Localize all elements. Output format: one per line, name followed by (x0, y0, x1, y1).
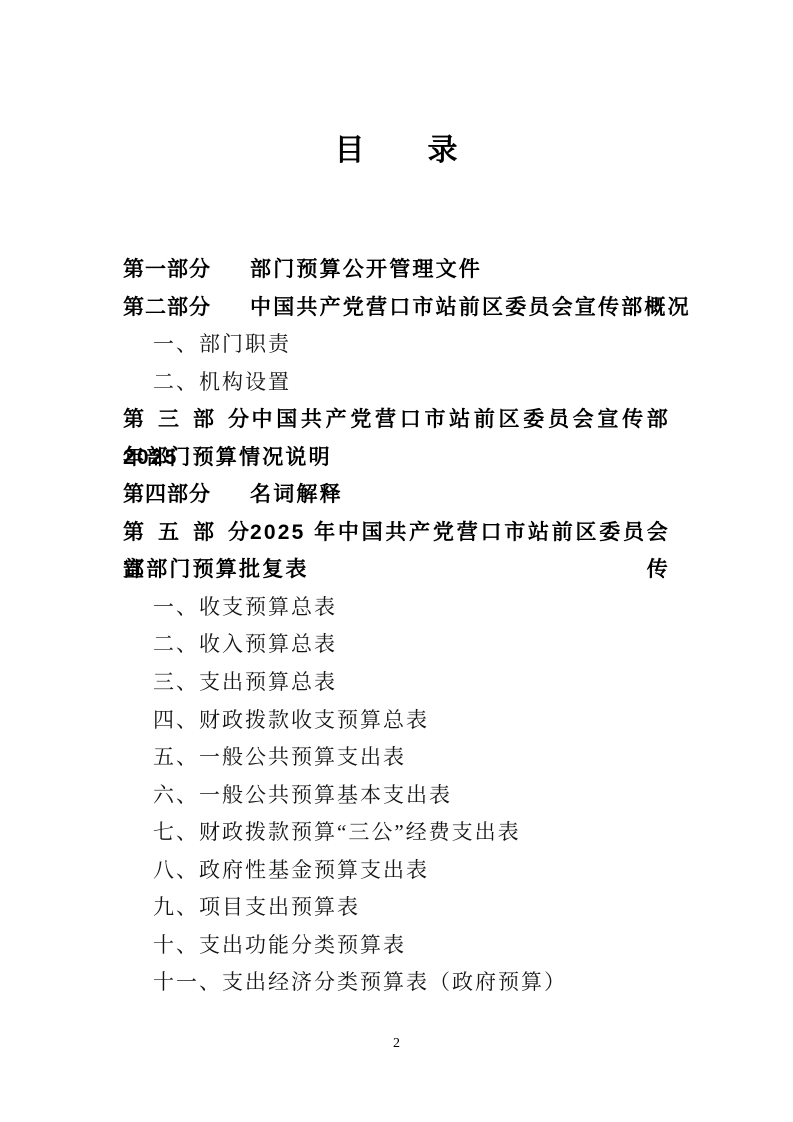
toc-part-entry: 第三部分中国共产党营口市站前区委员会宣传部 2025 (123, 401, 670, 439)
toc-sub-entry: 三、支出预算总表 (123, 664, 670, 702)
toc-part-continuation: 年部门预算情况说明 (123, 439, 670, 477)
toc-sub-entry: 一、收支预算总表 (123, 589, 670, 627)
toc-part-entry: 第二部分中国共产党营口市站前区委员会宣传部概况 (123, 289, 670, 327)
toc-part-entry: 第五部分2025 年中国共产党营口市站前区委员会宣传 (123, 514, 670, 552)
toc-sub-entry: 十、支出功能分类预算表 (123, 927, 670, 965)
part-title-text: 年部门预算情况说明 (123, 446, 332, 469)
table-of-contents: 第一部分部门预算公开管理文件 第二部分中国共产党营口市站前区委员会宣传部概况 一… (123, 251, 670, 1002)
part-title-text: 名词解释 (250, 483, 343, 506)
toc-sub-entry: 五、一般公共预算支出表 (123, 739, 670, 777)
toc-part-entry: 第四部分名词解释 (123, 476, 670, 514)
toc-sub-entry: 八、政府性基金预算支出表 (123, 852, 670, 890)
toc-sub-entry: 十一、支出经济分类预算表（政府预算） (123, 964, 670, 1002)
part-title-text: 部门预算公开管理文件 (250, 258, 482, 281)
part-number-label: 第五部分 (123, 514, 250, 552)
part-number-label: 第二部分 (123, 289, 250, 327)
toc-sub-entry: 二、机构设置 (123, 364, 670, 402)
toc-sub-entry: 四、财政拨款收支预算总表 (123, 702, 670, 740)
part-title-text: 中国共产党营口市站前区委员会宣传部概况 (250, 296, 691, 319)
toc-sub-entry: 九、项目支出预算表 (123, 889, 670, 927)
page-number: 2 (0, 1036, 793, 1052)
part-number-label: 第三部分 (123, 401, 250, 439)
part-number-label: 第一部分 (123, 251, 250, 289)
page-title: 目 录 (0, 133, 793, 169)
toc-sub-entry: 七、财政拨款预算“三公”经费支出表 (123, 814, 670, 852)
part-title-text: 部部门预算批复表 (123, 558, 309, 581)
document-page: 目 录 第一部分部门预算公开管理文件 第二部分中国共产党营口市站前区委员会宣传部… (0, 0, 793, 1122)
toc-part-entry: 第一部分部门预算公开管理文件 (123, 251, 670, 289)
part-number-label: 第四部分 (123, 476, 250, 514)
toc-sub-entry: 二、收入预算总表 (123, 626, 670, 664)
toc-sub-entry: 六、一般公共预算基本支出表 (123, 777, 670, 815)
toc-sub-entry: 一、部门职责 (123, 326, 670, 364)
